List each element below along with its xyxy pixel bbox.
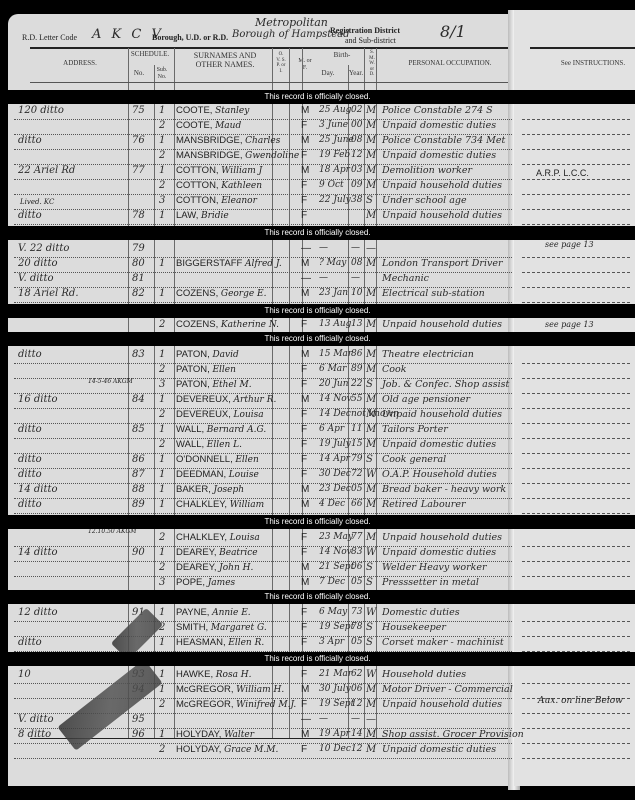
cell-ms: M [366,409,376,420]
cell-day: 23 May [319,532,353,542]
cell-sub: 1 [159,288,165,299]
instruction-row [522,423,630,439]
cell-sex: M [301,105,309,116]
cell-no: 77 [132,165,145,176]
cell-sex: F [301,469,307,480]
col-birth-year: Year. [346,70,366,78]
cell-ms: S [366,622,373,633]
paton-margin-note: 14-5-46 AKGM [88,378,133,385]
cell-occ: Unpaid domestic duties [382,120,496,131]
cell-name: PATON, David [176,349,239,360]
cell-day: 19 Sept [319,699,354,709]
cell-sub: 2 [159,532,165,543]
cell-name: DEVEREUX, Louisa [176,409,264,420]
table-row: V. 22 ditto79———— [14,242,512,258]
cell-year: 83 [351,547,362,557]
rd-letter-code-label: R.D. Letter Code [22,33,77,42]
cell-name: O'DONNELL, Ellen [176,454,259,465]
borough-note: Metropolitan [255,16,328,29]
footer-rule [30,738,508,739]
cell-name: HEASMAN, Ellen R. [176,637,264,648]
cell-year: 79 [351,454,362,464]
cell-day: 14 Dec [319,409,351,419]
cell-year: 05 [351,484,362,494]
instruction-row [522,363,630,379]
cell-occ: Motor Driver - Commercial [382,684,513,695]
cell-year: 12 [351,744,362,754]
cell-year: 78 [351,622,362,632]
table-row: 3F22 July38SUnder school ageCOTTON, Elea… [14,194,512,210]
cell-year: 05 [351,577,362,587]
cell-occ: Old age pensioner [382,394,470,405]
table-row: ditto851F6 Apr11MTailors PorterWALL, Ber… [14,423,512,439]
cell-year: 66 [351,499,362,509]
cell-no: 80 [132,258,145,269]
cell-name: McGREGOR, Winifred M.J. [176,699,296,710]
cell-occ: Police Constable 734 Met [382,135,505,146]
cell-year: 00 [351,120,362,130]
cell-sub: 1 [159,135,165,146]
cell-day: 19 Feb [319,150,350,160]
cell-sex: M [301,562,309,573]
cell-sub: 3 [159,379,165,390]
cell-year: 12 [351,150,362,160]
table-row: 10931F21 Mar62WHousehold dutiesHAWKE, Ro… [14,668,512,684]
cell-occ: Retired Labourer [382,499,466,510]
cell-ms: M [366,180,376,191]
cell-occ: Unpaid household duties [382,532,502,543]
cell-occ: Unpaid household duties [382,319,502,330]
cell-occ: Domestic duties [382,607,460,618]
cell-year: 06 [351,684,362,694]
cell-year: — [351,714,360,724]
borough-label: Borough, U.D. or R.D. [152,33,228,42]
instruction-row [522,149,630,165]
cell-ms: W [366,607,376,618]
cell-sub: 2 [159,364,165,375]
col-schedule: SCHEDULE. [128,51,172,59]
cell-ms: M [366,288,376,299]
cell-no: 78 [132,210,145,221]
cell-sex: F [301,532,307,543]
cell-occ: London Transport Driver [382,258,503,269]
cell-sub: 3 [159,195,165,206]
col-sex: M. or F. [298,58,312,71]
cell-sex: F [301,180,307,191]
col-schedule-no: No. [130,70,148,78]
cell-day: 6 Apr [319,424,344,434]
cell-occ: Tailors Porter [382,424,448,435]
instruction-row [522,606,630,622]
cell-name: WALL, Bernard A.G. [176,424,266,435]
cell-addr: ditto [18,424,130,435]
cell-sex: F [301,319,307,330]
cell-day: 7 Dec [319,577,345,587]
cell-occ: Police Constable 274 S [382,105,493,116]
cell-no: 89 [132,499,145,510]
cell-occ: Under school age [382,195,467,206]
cell-day: 19 Sept [319,622,354,632]
cell-day: 14 Apr [319,454,350,464]
cell-sub: 1 [159,454,165,465]
cell-name: LAW, Bridie [176,210,229,221]
cell-sub: 1 [159,499,165,510]
instruction-row [522,546,630,562]
cell-sex: F [301,195,307,206]
instruction-row [522,561,630,577]
cell-year: 86 [351,349,362,359]
instruction-row [522,713,630,729]
table-row: ditto861F14 Apr79SCook generalO'DONNELL,… [14,453,512,469]
cell-ms: M [366,744,376,755]
col-birth-day: Day. [318,70,338,78]
instruction-row [522,134,630,150]
col-surnames: SURNAMES AND OTHER NAMES. [185,52,265,70]
cell-sub: 1 [159,547,165,558]
instruction-row [522,179,630,195]
cell-sub: 1 [159,165,165,176]
cell-addr: ditto [18,454,130,465]
cell-ms: M [366,210,376,221]
cell-name: COTTON, Kathleen [176,180,262,191]
cell-name: PAYNE, Annie E. [176,607,251,618]
instruction-row [522,209,630,225]
cell-occ: Unpaid household duties [382,180,502,191]
cell-day: 23 Jan [319,288,348,298]
cell-no: 83 [132,349,145,360]
cell-sub: 2 [159,150,165,161]
cell-year: 03 [351,165,362,175]
cell-ms: M [366,394,376,405]
cell-addr: ditto [18,499,130,510]
cell-addr: 12 ditto [18,607,130,618]
cell-no: 86 [132,454,145,465]
table-row: 2F14 Decnot knownMUnpaid household dutie… [14,408,512,424]
cell-sex: F [301,699,307,710]
cell-name: COOTE, Stanley [176,105,249,116]
cell-year: 62 [351,669,362,679]
cell-year: 02 [351,105,362,115]
table-row: 2M21 Sept06SWelder Heavy workerDEAREY, J… [14,561,512,577]
col-address: ADDRESS. [40,60,120,68]
cell-addr: ditto [18,210,130,221]
cell-day: 18 Apr [319,165,350,175]
table-row: ditto891M4 Dec66MRetired LabourerCHALKLE… [14,498,512,514]
cell-ms: — [366,714,376,725]
cell-sub: 1 [159,484,165,495]
cell-ms: M [366,349,376,360]
cell-sub: 1 [159,105,165,116]
cell-addr: 14 ditto [18,547,130,558]
cell-sub: 2 [159,120,165,131]
cell-day: 6 May [319,607,347,617]
table-row: 22 Ariel Rd771M18 Apr03MDemolition worke… [14,164,512,180]
cell-occ: Housekeeper [382,622,446,633]
cell-sex: M [301,165,309,176]
cell-sex: F [301,744,307,755]
cell-name: WALL, Ellen L. [176,439,242,450]
cell-addr: 20 ditto [18,258,130,269]
cell-day: 3 Apr [319,637,344,647]
cell-no: 88 [132,484,145,495]
cell-year: 10 [351,288,362,298]
cell-name: DEVEREUX, Arthur R. [176,394,276,405]
cotton-margin-note: Lived. KC [20,198,54,206]
cell-year: 08 [351,135,362,145]
cell-sub: 2 [159,699,165,710]
header-rule [30,47,508,49]
cell-addr: V. ditto [18,273,130,284]
cell-sex: M [301,684,309,695]
cell-no: 87 [132,469,145,480]
cell-sex: F [301,454,307,465]
instruction-row [522,636,630,652]
cell-name: COOTE, Maud [176,120,241,131]
cell-occ: Theatre electrician [382,349,474,360]
cell-occ: O.A.P. Household duties [382,469,497,480]
cell-occ: Job. & Confec. Shop assist [382,379,509,390]
header-rule-right [530,47,635,49]
table-row: ditto781FMUnpaid household dutiesLAW, Br… [14,209,512,225]
instruction-row [522,348,630,364]
table-row: ditto871F30 Dec72WO.A.P. Household dutie… [14,468,512,484]
cell-year: — [351,243,360,253]
cell-sex: F [301,424,307,435]
instruction-row [522,483,630,499]
cell-ms: M [366,319,376,330]
cell-addr: 22 Ariel Rd [18,165,130,176]
cell-day: — [319,273,328,283]
cell-sex: — [301,273,311,284]
cell-year: 38 [351,195,362,205]
cell-sex: F [301,669,307,680]
table-row: 14 ditto901F14 Nov83WUnpaid domestic dut… [14,546,512,562]
cell-sub: 2 [159,562,165,573]
cell-name: POPE, James [176,577,235,588]
cell-day: 21 Mar [319,669,352,679]
cell-ms: W [366,469,376,480]
instruction-row [522,498,630,514]
cell-ms: M [366,484,376,495]
cell-sub: 2 [159,180,165,191]
cell-addr: 120 ditto [18,105,130,116]
cell-no: 75 [132,105,145,116]
see-page-note: see page 13 [545,240,594,249]
cell-sub: 2 [159,319,165,330]
cell-year: — [351,273,360,283]
cell-ms: M [366,364,376,375]
cell-sex: F [301,150,307,161]
cell-year: 77 [351,532,362,542]
cell-ms: S [366,454,373,465]
cell-sub: 2 [159,439,165,450]
instruction-row [522,531,630,547]
cell-name: MANSBRIDGE, Gwendoline [176,150,299,161]
cell-sub: 1 [159,349,165,360]
cell-day: 3 June [319,120,348,130]
cell-no: 90 [132,547,145,558]
closed-record-bar: This record is officially closed. [0,304,635,318]
cell-name: PATON, Ethel M. [176,379,252,390]
cell-name: HOLYDAY, Grace M.M. [176,744,278,755]
arp-note: A.R.P. L.C.C. [536,168,589,178]
cell-day: 25 Aug [319,105,351,115]
cell-addr: ditto [18,135,130,146]
cell-day: 9 Oct [319,180,344,190]
instruction-row [522,393,630,409]
cell-sex: F [301,409,307,420]
cell-day: 25 June [319,135,354,145]
cell-day: 21 Sept [319,562,354,572]
cell-occ: Unpaid domestic duties [382,150,496,161]
instruction-row [522,104,630,120]
cell-addr: 18 Ariel Rd. [18,288,130,299]
cell-addr: 14 ditto [18,484,130,495]
table-row: 2F3 June00MUnpaid domestic dutiesCOOTE, … [14,119,512,135]
closed-record-bar: This record is officially closed. [0,590,635,604]
cell-occ: Unpaid domestic duties [382,547,496,558]
cell-day: — [319,714,328,724]
cell-year: 73 [351,607,362,617]
cell-occ: Unpaid household duties [382,699,502,710]
cell-day: — [319,243,328,253]
cell-sex: M [301,499,309,510]
cell-day: 14 Nov [319,394,352,404]
cell-year: 22 [351,379,362,389]
cell-sub: 1 [159,607,165,618]
table-row: 12 ditto911F6 May73WDomestic dutiesPAYNE… [14,606,512,622]
cell-addr: ditto [18,469,130,480]
aux-note: Aux. on line Below [538,696,623,706]
cell-name: DEEDMAN, Louise [176,469,259,480]
table-row: ditto761M25 June08MPolice Constable 734 … [14,134,512,150]
cell-occ: Unpaid household duties [382,409,502,420]
table-row: V. ditto81———Mechanic [14,272,512,288]
cell-sex: M [301,577,309,588]
instruction-row [522,668,630,684]
cell-name: BIGGERSTAFF Alfred J. [176,258,282,269]
cell-sub: 1 [159,684,165,695]
cell-day: 20 Jun [319,379,349,389]
cell-year: 55 [351,394,362,404]
cell-sex: F [301,607,307,618]
cell-ms: M [366,499,376,510]
instruction-row [522,287,630,303]
cell-name: CHALKLEY, William [176,499,264,510]
cell-name: DEAREY, John H. [176,562,253,573]
cell-sex: M [301,135,309,146]
table-row: 16 ditto841M14 Nov55MOld age pensionerDE… [14,393,512,409]
table-row: 18 Ariel Rd.821M23 Jan10MElectrical sub-… [14,287,512,303]
col-birth: Birth- [322,52,362,60]
cell-sub: 1 [159,669,165,680]
table-row: 120 ditto751M25 Aug02MPolice Constable 2… [14,104,512,120]
cell-ms: S [366,637,373,648]
column-number-rule [30,82,508,83]
cell-occ: Unpaid domestic duties [382,744,496,755]
table-row: 941M30 July06MMotor Driver - CommercialM… [14,683,512,699]
col-instructions: See INSTRUCTIONS. [553,60,633,68]
cell-occ: Unpaid domestic duties [382,439,496,450]
cell-sub: 1 [159,210,165,221]
cell-no: 84 [132,394,145,405]
cell-sex: F [301,547,307,558]
cell-name: DEAREY, Beatrice [176,547,258,558]
closed-record-bar: This record is officially closed. [0,332,635,346]
cell-year: 13 [351,319,362,329]
instruction-row [522,119,630,135]
instruction-row [522,728,630,744]
cell-ms: M [366,532,376,543]
cell-no: 85 [132,424,145,435]
cell-addr: 10 [18,669,130,680]
cell-sub: 2 [159,409,165,420]
cell-ms: M [366,258,376,269]
cell-occ: Welder Heavy worker [382,562,487,573]
instruction-row [522,378,630,394]
cell-addr: ditto [18,349,130,360]
table-row: 2F10 Dec12MUnpaid domestic dutiesHOLYDAY… [14,743,512,759]
cell-sex: — [301,714,311,725]
cell-year: 72 [351,469,362,479]
cell-ms: S [366,562,373,573]
cell-no: 79 [132,243,145,254]
closed-record-bar: This record is officially closed. [0,226,635,240]
cell-year: 09 [351,180,362,190]
cell-no: 82 [132,288,145,299]
instruction-row [522,194,630,210]
instruction-row [522,453,630,469]
cell-sex: M [301,394,309,405]
cell-ms: W [366,669,376,680]
instruction-row [522,272,630,288]
instruction-row [522,257,630,273]
registration-district-label: Registration District [330,26,400,35]
col-schedule-sub: Sub. No. [155,67,169,80]
cell-name: CHALKLEY, Louisa [176,532,260,543]
table-row: 2F19 July15MUnpaid domestic dutiesWALL, … [14,438,512,454]
cell-sub: 1 [159,394,165,405]
cell-day: 6 Mar [319,364,346,374]
cell-day: 30 Dec [319,469,351,479]
cell-sex: F [301,364,307,375]
cell-occ: Bread baker - heavy work [382,484,506,495]
table-row: ditto831M15 Mar86MTheatre electricianPAT… [14,348,512,364]
cell-ms: M [366,120,376,131]
cell-occ: Unpaid household duties [382,210,502,221]
cell-sex: — [301,243,311,254]
cell-sub: 1 [159,637,165,648]
cell-day: 10 Dec [319,744,351,754]
cell-name: McGREGOR, William H. [176,684,284,695]
cell-name: HAWKE, Rosa H. [176,669,252,680]
col-ovsp: O. V. S. P. or I. [276,52,286,74]
cell-day: 23 Dec [319,484,351,494]
cell-sub: 3 [159,577,165,588]
cell-name: PATON, Ellen [176,364,236,375]
cell-occ: Corset maker - machinist [382,637,504,648]
instruction-row [522,743,630,759]
instruction-row [522,438,630,454]
cell-ms: S [366,577,373,588]
cell-name: COZENS, Katherine N. [176,319,279,330]
cell-day: 30 July [319,684,351,694]
sub-district-value: 8/1 [440,22,466,41]
cell-name: COZENS, George E. [176,288,267,299]
chalkley-margin-note: 12.10.50 AKGM [88,528,136,535]
closed-record-bar: This record is officially closed. [0,90,635,104]
cell-occ: Household duties [382,669,466,680]
